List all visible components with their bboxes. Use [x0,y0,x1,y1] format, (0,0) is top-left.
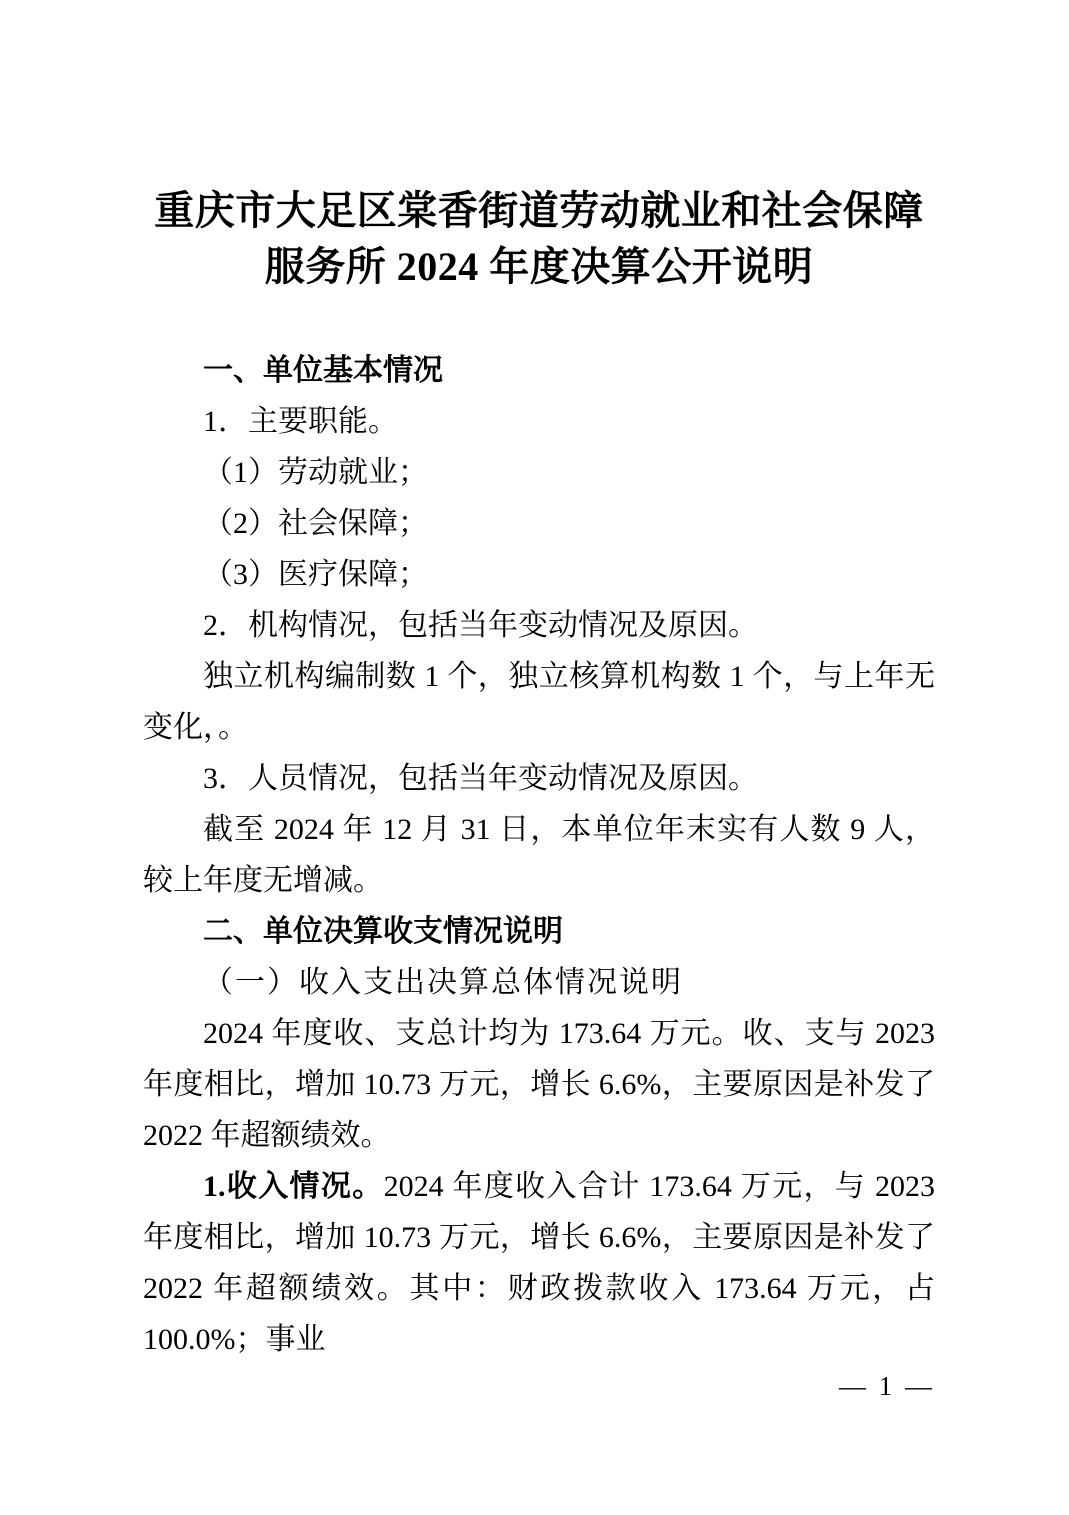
document-content: 重庆市大足区棠香街道劳动就业和社会保障 服务所 2024 年度决算公开说明 一、… [143,183,935,1365]
paragraph-personnel-heading: 3．人员情况，包括当年变动情况及原因。 [143,753,935,804]
document-body: 一、单位基本情况 1．主要职能。 （1）劳动就业； （2）社会保障； （3）医疗… [143,345,935,1365]
document-title: 重庆市大足区棠香街道劳动就业和社会保障 服务所 2024 年度决算公开说明 [143,183,935,295]
document-title-line-1: 重庆市大足区棠香街道劳动就业和社会保障 [143,183,935,239]
paragraph-income-detail: 1.收入情况。2024 年度收入合计 173.64 万元，与 2023 年度相比… [143,1161,935,1365]
paragraph-function-item-3: （3）医疗保障； [143,549,935,600]
paragraph-function-item-1: （1）劳动就业； [143,447,935,498]
document-page: 重庆市大足区棠香街道劳动就业和社会保障 服务所 2024 年度决算公开说明 一、… [0,0,1069,1515]
paragraph-function-item-2: （2）社会保障； [143,498,935,549]
document-title-line-2: 服务所 2024 年度决算公开说明 [143,239,935,295]
paragraph-personnel-detail: 截至 2024 年 12 月 31 日，本单位年末实有人数 9 人，较上年度无增… [143,804,935,906]
paragraph-income-lead: 1.收入情况。 [203,1170,384,1203]
paragraph-org-structure-heading: 2．机构情况，包括当年变动情况及原因。 [143,600,935,651]
section-heading-1: 一、单位基本情况 [143,345,935,396]
paragraph-overall-budget: 2024 年度收、支总计均为 173.64 万元。收、支与 2023 年度相比，… [143,1008,935,1161]
section-heading-2: 二、单位决算收支情况说明 [143,906,935,957]
paragraph-main-functions: 1．主要职能。 [143,396,935,447]
page-number: — 1 — [839,1370,935,1402]
paragraph-org-structure-detail: 独立机构编制数 1 个，独立核算机构数 1 个，与上年无变化，。 [143,651,935,753]
subsection-heading-2-1: （一）收入支出决算总体情况说明 [143,957,935,1008]
